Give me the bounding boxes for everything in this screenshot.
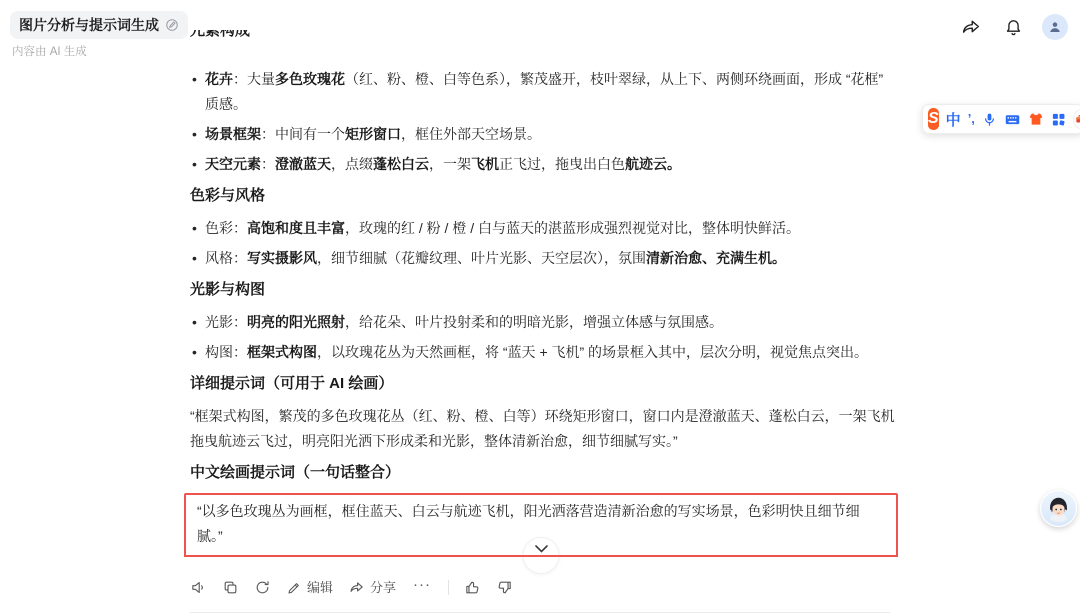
bullet-lead: 光影： (205, 314, 247, 330)
assistant-message: 元素构成 花卉：大量多色玫瑰花（红、粉、橙、白等色系），繁茂盛开，枝叶翠绿，从上… (190, 30, 898, 580)
bullet-text: ，玫瑰的红 / 粉 / 橙 / 白与蓝天的湛蓝形成强烈视觉对比，整体明快鲜活。 (345, 220, 800, 236)
bullet-text: ，细节细腻（花瓣纹理、叶片光影、天空层次），氛围 (317, 250, 646, 266)
ime-chinese-mode-button[interactable]: 中 (946, 109, 961, 130)
bullet-bold: 明亮的阳光照射 (247, 314, 345, 330)
bullet-bold: 多色玫瑰花 (275, 71, 345, 87)
bullet-bold: 蓬松白云 (373, 156, 429, 172)
bullet-text: ： (261, 156, 275, 172)
highlighted-prompt-box: “以多色玫瑰丛为画框，框住蓝天、白云与航迹飞机，阳光洒落营造清新治愈的写实场景，… (184, 493, 898, 557)
bullet-text: ，框住外部天空场景。 (401, 126, 541, 142)
share-message-button[interactable]: 分享 (348, 575, 396, 580)
bullet-text: ：中间有一个 (261, 126, 345, 142)
bullet-bold: 航迹云。 (625, 156, 681, 172)
share-icon (961, 17, 981, 37)
page-title: 图片分析与提示词生成 (19, 15, 159, 35)
more-actions-button[interactable]: ··· (411, 572, 433, 580)
list-item: 场景框架：中间有一个矩形窗口，框住外部天空场景。 (190, 122, 898, 147)
heading-detailed-prompt: 详细提示词（可用于 AI 绘画） (190, 374, 898, 394)
detailed-prompt-text: “框架式构图，繁茂的多色玫瑰花丛（红、粉、橙、白等）环绕矩形窗口，窗口内是澄澈蓝… (190, 404, 898, 454)
bullet-text: ，给花朵、叶片投射柔和的明暗光影，增强立体感与氛围感。 (345, 314, 723, 330)
bullet-bold: 清新治愈、充满生机。 (646, 250, 786, 266)
section-heading-clipped: 元素构成 (190, 30, 898, 41)
bullet-list-color: 色彩：高饱和度且丰富，玫瑰的红 / 粉 / 橙 / 白与蓝天的湛蓝形成强烈视觉对… (190, 216, 898, 271)
bullet-lead: 构图： (205, 344, 247, 360)
list-item: 构图：框架式构图，以玫瑰花丛为天然画框，将 “蓝天 + 飞机” 的场景框入其中，… (190, 340, 898, 365)
share-conversation-button[interactable] (958, 14, 984, 40)
bullet-text: ，以玫瑰花丛为天然画框，将 “蓝天 + 飞机” 的场景框入其中，层次分明，视觉焦… (317, 344, 868, 360)
ime-toolbar[interactable]: S 中 ’, (922, 104, 1080, 134)
user-avatar[interactable] (1042, 14, 1068, 40)
chinese-prompt-text: “以多色玫瑰丛为画框，框住蓝天、白云与航迹飞机，阳光洒落营造清新治愈的写实场景，… (197, 503, 860, 544)
ai-generated-notice: 内容由 AI 生成 (12, 43, 188, 59)
bullet-bold: 框架式构图 (247, 344, 317, 360)
heading-elements: 元素构成 (190, 30, 250, 41)
bullet-bold: 写实摄影风 (247, 250, 317, 266)
bell-icon (1004, 18, 1023, 37)
bullet-lead: 风格： (205, 250, 247, 266)
bullet-bold: 高饱和度且丰富 (247, 220, 345, 236)
list-item: 花卉：大量多色玫瑰花（红、粉、橙、白等色系），繁茂盛开，枝叶翠绿，从上下、两侧环… (190, 67, 898, 117)
sogou-logo-icon[interactable]: S (928, 108, 939, 130)
keyboard-icon[interactable] (1004, 111, 1021, 128)
heading-chinese-prompt: 中文绘画提示词（一句话整合） (190, 463, 898, 483)
bullet-list-elements: 花卉：大量多色玫瑰花（红、粉、橙、白等色系），繁茂盛开，枝叶翠绿，从上下、两侧环… (190, 67, 898, 177)
bullet-lead: 色彩： (205, 220, 247, 236)
bullet-list-light: 光影：明亮的阳光照射，给花朵、叶片投射柔和的明暗光影，增强立体感与氛围感。 构图… (190, 310, 898, 365)
bullet-text: ，点缀 (331, 156, 373, 172)
edit-button[interactable]: 编辑 (286, 575, 333, 580)
person-icon (1047, 19, 1063, 35)
ime-punctuation-button[interactable]: ’, (968, 114, 975, 124)
list-item: 风格：写实摄影风，细节细腻（花瓣纹理、叶片光影、天空层次），氛围清新治愈、充满生… (190, 246, 898, 271)
list-item: 光影：明亮的阳光照射，给花朵、叶片投射柔和的明暗光影，增强立体感与氛围感。 (190, 310, 898, 335)
top-actions (958, 14, 1068, 40)
assistant-avatar[interactable] (1040, 490, 1077, 527)
bullet-lead: 花卉 (205, 71, 233, 87)
bullet-lead: 天空元素 (205, 156, 261, 172)
bullet-lead: 场景框架 (205, 126, 261, 142)
list-item: 天空元素：澄澈蓝天，点缀蓬松白云，一架飞机正飞过，拖曳出白色航迹云。 (190, 152, 898, 177)
apps-grid-icon[interactable] (1051, 112, 1066, 127)
edit-label: 编辑 (307, 575, 333, 580)
heading-color-style: 色彩与风格 (190, 186, 898, 206)
bullet-text: 正飞过，拖曳出白色 (499, 156, 625, 172)
notifications-button[interactable] (1000, 14, 1026, 40)
conversation-title-pill[interactable]: 图片分析与提示词生成 (10, 11, 188, 39)
bullet-text: ，一架 (429, 156, 471, 172)
bullet-text: ：大量 (233, 71, 275, 87)
bullet-bold: 飞机 (471, 156, 499, 172)
heading-light-composition: 光影与构图 (190, 280, 898, 300)
share-label: 分享 (370, 575, 396, 580)
assistant-girl-icon (1041, 491, 1076, 526)
skin-shirt-icon[interactable] (1028, 111, 1044, 127)
toolbox-icon[interactable] (1073, 109, 1080, 129)
highlight-border-line (184, 555, 898, 557)
microphone-icon[interactable] (982, 112, 997, 127)
list-item: 色彩：高饱和度且丰富，玫瑰的红 / 粉 / 橙 / 白与蓝天的湛蓝形成强烈视觉对… (190, 216, 898, 241)
conversation-header: 图片分析与提示词生成 内容由 AI 生成 (10, 11, 188, 59)
bullet-bold: 澄澈蓝天 (275, 156, 331, 172)
edit-title-icon[interactable] (165, 18, 179, 32)
bullet-bold: 矩形窗口 (345, 126, 401, 142)
chevron-down-icon (535, 545, 548, 553)
